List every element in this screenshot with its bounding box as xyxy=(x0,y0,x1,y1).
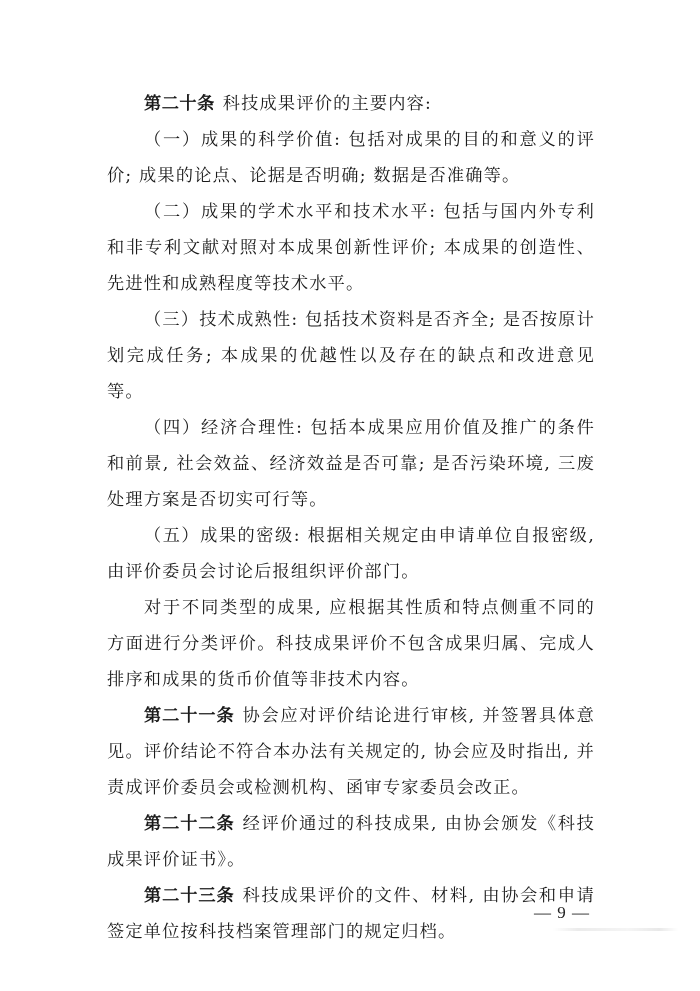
article-23: 第二十三条科技成果评价的文件、材料, 由协会和申请签定单位按科技档案管理部门的规… xyxy=(107,878,595,950)
article-21: 第二十一条协会应对评价结论进行审核, 并签署具体意见。评价结论不符合本办法有关规… xyxy=(107,698,595,806)
scan-artifact xyxy=(553,928,678,931)
article-22: 第二十二条经评价通过的科技成果, 由协会颁发《科技成果评价证书》。 xyxy=(107,806,595,878)
paragraph-text: 科技成果评价的主要内容: xyxy=(223,94,432,114)
article-number: 第二十二条 xyxy=(144,814,235,834)
article-number: 第二十条 xyxy=(144,94,215,114)
paragraph-text: （一）成果的科学价值: 包括对成果的目的和意义的评价; 成果的论点、论据是否明确… xyxy=(107,130,595,186)
item-4-economic-rationality: （四）经济合理性: 包括本成果应用价值及推广的条件和前景, 社会效益、经济效益是… xyxy=(107,410,595,518)
page-number: — 9 — xyxy=(534,903,590,923)
paragraph-text: （三）技术成熟性: 包括技术资料是否齐全; 是否按原计划完成任务; 本成果的优越… xyxy=(107,310,595,402)
paragraph-text: 对于不同类型的成果, 应根据其性质和特点侧重不同的方面进行分类评价。科技成果评价… xyxy=(107,598,595,690)
item-1-scientific-value: （一）成果的科学价值: 包括对成果的目的和意义的评价; 成果的论点、论据是否明确… xyxy=(107,122,595,194)
item-2-academic-technical-level: （二）成果的学术水平和技术水平: 包括与国内外专利和非专利文献对照对本成果创新性… xyxy=(107,194,595,302)
article-20-heading: 第二十条科技成果评价的主要内容: xyxy=(107,86,595,122)
document-page: 第二十条科技成果评价的主要内容: （一）成果的科学价值: 包括对成果的目的和意义… xyxy=(107,86,595,950)
paragraph-text: （二）成果的学术水平和技术水平: 包括与国内外专利和非专利文献对照对本成果创新性… xyxy=(107,202,595,294)
article-number: 第二十一条 xyxy=(144,706,235,726)
paragraph-text: （四）经济合理性: 包括本成果应用价值及推广的条件和前景, 社会效益、经济效益是… xyxy=(107,418,595,510)
paragraph-text: （五）成果的密级: 根据相关规定由申请单位自报密级, 由评价委员会讨论后报组织评… xyxy=(107,526,595,582)
item-5-confidentiality-level: （五）成果的密级: 根据相关规定由申请单位自报密级, 由评价委员会讨论后报组织评… xyxy=(107,518,595,590)
article-number: 第二十三条 xyxy=(144,886,235,906)
classification-note: 对于不同类型的成果, 应根据其性质和特点侧重不同的方面进行分类评价。科技成果评价… xyxy=(107,590,595,698)
item-3-technical-maturity: （三）技术成熟性: 包括技术资料是否齐全; 是否按原计划完成任务; 本成果的优越… xyxy=(107,302,595,410)
